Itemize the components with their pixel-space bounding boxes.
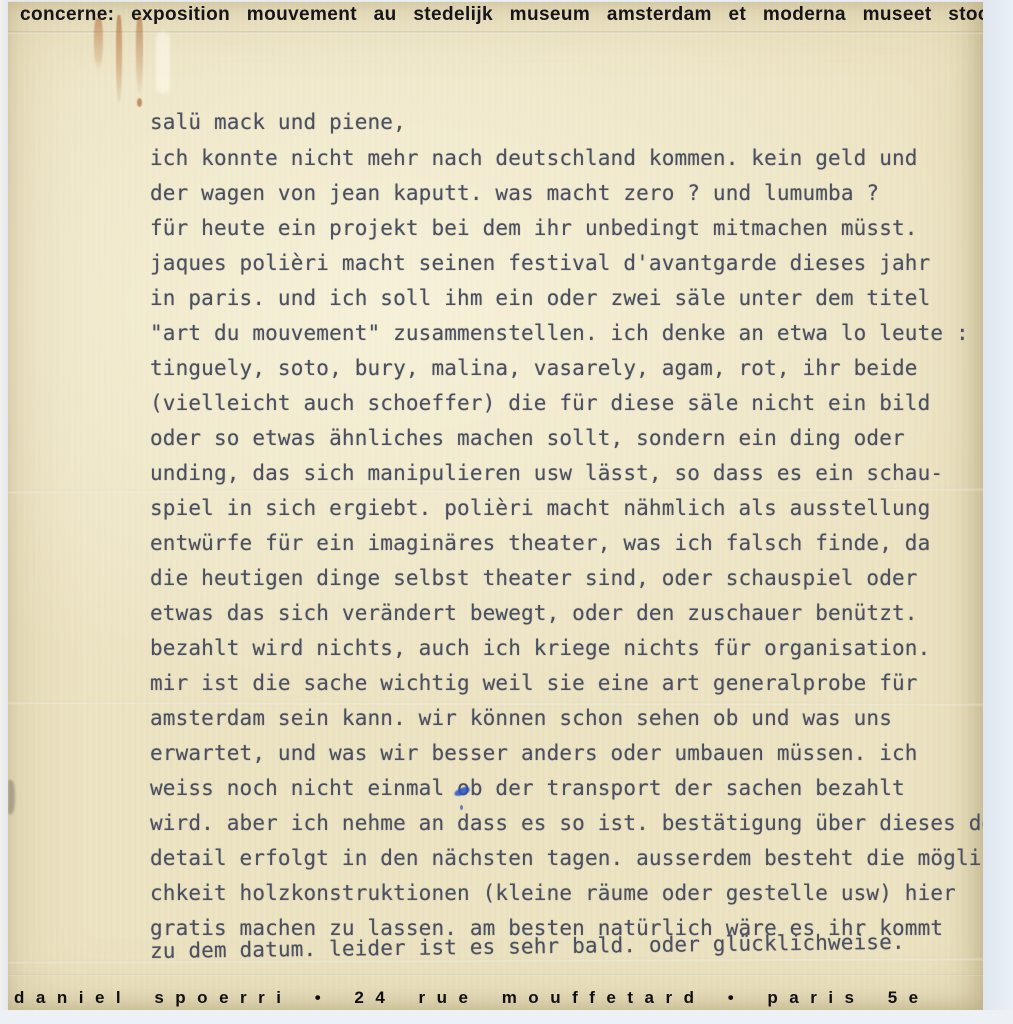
blue-ink-dot — [460, 805, 463, 810]
header-crease-line — [8, 31, 986, 34]
typed-line: jaques polièri macht seinen festival d'a… — [150, 246, 986, 281]
typed-line: die heutigen dinge selbst theater sind, … — [150, 561, 986, 596]
typed-line: salü mack und piene, — [150, 105, 986, 140]
typed-line: "art du mouvement" zusammenstellen. ich … — [150, 316, 986, 351]
edge-smudge-mark — [8, 780, 15, 814]
typed-line: weiss noch nicht einmal ob der transport… — [150, 771, 986, 806]
typed-line: unding, das sich manipulieren usw lässt,… — [150, 456, 986, 491]
typed-line: spiel in sich ergiebt. polièri macht näh… — [150, 491, 986, 526]
typed-line: der wagen von jean kaputt. was macht zer… — [150, 176, 986, 211]
scanner-edge-left — [0, 0, 8, 1024]
scanner-edge-right — [983, 0, 1013, 1024]
rust-stain-drip — [116, 15, 122, 103]
typed-line: erwartet, und was wir besser anders oder… — [150, 736, 986, 771]
typed-line: detail erfolgt in den nächsten tagen. au… — [150, 841, 986, 876]
typed-line: mir ist die sache wichtig weil sie eine … — [150, 666, 986, 701]
typed-line: in paris. und ich soll ihm ein oder zwei… — [150, 281, 986, 316]
typed-line: etwas das sich verändert bewegt, oder de… — [150, 596, 986, 631]
typed-line: tinguely, soto, bury, malina, vasarely, … — [150, 351, 986, 386]
rust-stain-drip — [136, 16, 143, 94]
rust-stain-drip — [94, 18, 103, 70]
typed-line: bezahlt wird nichts, auch ich kriege nic… — [150, 631, 986, 666]
scanned-letter-page: { "document": { "kind": "typewritten-let… — [0, 0, 1013, 1024]
paper-emboss-mark — [156, 32, 170, 94]
rust-stain-dot — [137, 98, 142, 107]
typed-line: chkeit holzkonstruktionen (kleine räume … — [150, 876, 986, 911]
typed-line: für heute ein projekt bei dem ihr unbedi… — [150, 211, 986, 246]
footer-crease-line — [8, 974, 986, 976]
letterhead-subject-line: concerne: exposition mouvement au stedel… — [20, 4, 982, 26]
typed-line: amsterdam sein kann. wir können schon se… — [150, 701, 986, 736]
typed-line: ich konnte nicht mehr nach deutschland k… — [150, 141, 986, 176]
scanner-edge-bottom — [0, 1010, 1013, 1024]
typed-line: oder so etwas ähnliches machen sollt, so… — [150, 421, 986, 456]
typed-line: entwürfe für ein imaginäres theater, was… — [150, 526, 986, 561]
letter-body: salü mack und piene, ich konnte nicht me… — [150, 105, 986, 969]
typed-line: (vielleicht auch schoeffer) die für dies… — [150, 386, 986, 421]
letterhead-address-line: daniel spoerri • 24 rue mouffetard • par… — [14, 988, 984, 1008]
typed-line: wird. aber ich nehme an dass es so ist. … — [150, 806, 986, 841]
letter-paper: concerne: exposition mouvement au stedel… — [8, 2, 986, 1012]
